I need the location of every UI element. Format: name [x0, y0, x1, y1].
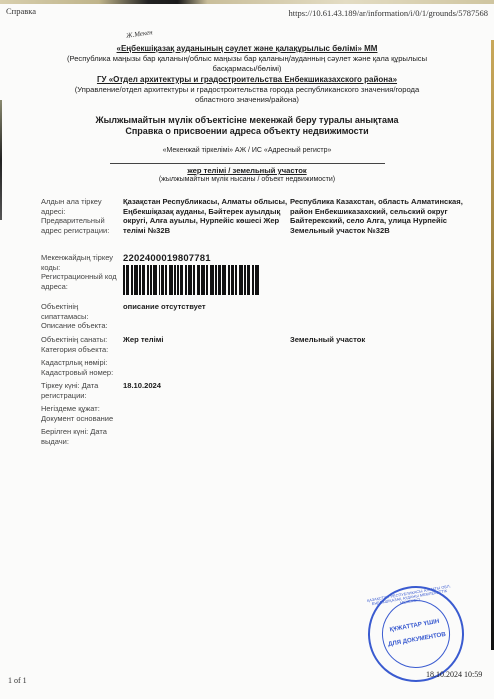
organization-desc-kz: (Республика маңызы бар қаланың/облыс маң… — [0, 54, 494, 74]
organization-name-ru: ГУ «Отдел архитектуры и градостроительст… — [0, 75, 494, 84]
print-header-url: https://10.61.43.189/ar/information/i/0/… — [288, 8, 488, 18]
stamp-line-1: ҚҰЖАТТАР ҮШІН — [369, 614, 461, 637]
organization-name-kz: «Еңбекшіқазақ ауданының сәулет және қала… — [0, 44, 494, 53]
description-value: описание отсутствует — [123, 302, 288, 312]
object-type: жер телімі / земельный участок — [0, 166, 494, 175]
category-value-kz: Жер телімі — [123, 335, 288, 345]
divider-line — [110, 163, 385, 164]
field-label: Алдын ала тіркеу адресі: Предварительный… — [41, 197, 121, 235]
organization-desc-ru: (Управление/отдел архитектуры и градостр… — [0, 85, 494, 105]
stamp-line-2: ДЛЯ ДОКУМЕНТОВ — [371, 628, 463, 651]
document-title-kz: Жылжымайтын мүлік объектісіне мекенжай б… — [0, 115, 494, 125]
photo-background-strip — [0, 0, 494, 4]
system-name: «Мекенжай тіркелімі» АЖ / ИС «Адресный р… — [0, 147, 494, 154]
field-label: Объектінің санаты: Категория объекта: — [41, 335, 121, 354]
reg-code-value: 2202400019807781 — [123, 253, 211, 264]
object-type-caption: (жылжымайтын мүлік нысаны / объект недви… — [0, 176, 494, 183]
category-value-ru: Земельный участок — [290, 335, 465, 345]
page-count: 1 of 1 — [8, 676, 27, 685]
print-header-title: Справка — [6, 6, 36, 16]
print-timestamp: 18.10.2024 10:59 — [426, 670, 482, 679]
address-value-kz: Қазақстан Республикасы, Алматы облысы, Е… — [123, 197, 288, 235]
field-label: Мекенжайдың тіркеу коды: Регистрационный… — [41, 253, 121, 291]
field-label: Негіздеме құжат: Документ основание — [41, 404, 121, 423]
document-title-ru: Справка о присвоении адреса объекту недв… — [0, 126, 494, 136]
field-label: Кадастрлық нөмірі: Кадастровый номер: — [41, 358, 121, 377]
field-label: Объектінің сипаттамасы: Описание объекта… — [41, 302, 121, 331]
handwritten-signature: Ж.Мекен — [126, 28, 154, 40]
field-label: Тіркеу күні: Дата регистрации: — [41, 381, 121, 400]
reg-date-value: 18.10.2024 — [123, 381, 288, 391]
stamp-ring-text: ҚАЗАҚСТАН РЕСПУБЛИКАСЫ АЛМАТЫ ОБЛ. ЕҢБЕК… — [363, 584, 456, 612]
address-value-ru: Республика Казахстан, область Алматинска… — [290, 197, 465, 235]
field-label: Берілген күні: Дата выдачи: — [41, 427, 121, 446]
barcode-image — [123, 265, 278, 295]
